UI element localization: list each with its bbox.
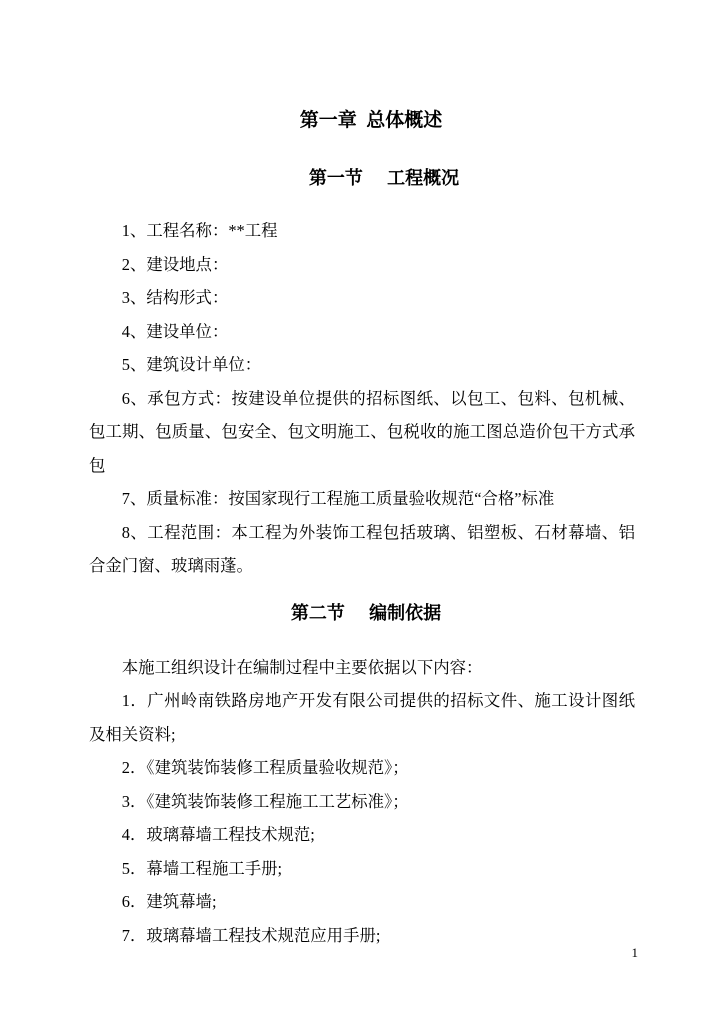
section1-item-6: 6、承包方式：按建设单位提供的招标图纸、以包工、包料、包机械、包工期、包质量、包… [89, 382, 635, 483]
section1-item-3: 3、结构形式： [89, 281, 635, 315]
section2-item-1: 1．广州岭南铁路房地产开发有限公司提供的招标文件、施工设计图纸及相关资料; [89, 684, 635, 751]
document-page: 第一章 总体概述 第一节 工程概况 1、工程名称：**工程 2、建设地点： 3、… [0, 0, 724, 1024]
section1-item-8: 8、工程范围：本工程为外装饰工程包括玻璃、铝塑板、石材幕墙、铝合金门窗、玻璃雨蓬… [89, 516, 635, 583]
section1-item-4: 4、建设单位： [89, 315, 635, 349]
page-number: 1 [632, 944, 639, 962]
section2-body: 本施工组织设计在编制过程中主要依据以下内容： 1．广州岭南铁路房地产开发有限公司… [89, 651, 635, 953]
section2-item-7: 7．玻璃幕墙工程技术规范应用手册; [89, 919, 635, 953]
section2-item-2: 2．《建筑装饰装修工程质量验收规范》； [89, 751, 635, 785]
section2-item-6: 6．建筑幕墙; [89, 885, 635, 919]
section1-item-5: 5、建筑设计单位： [89, 348, 635, 382]
section2-item-5: 5．幕墙工程施工手册; [89, 852, 635, 886]
section1-item-1: 1、工程名称：**工程 [89, 214, 635, 248]
section2-title: 第二节 编制依据 [93, 600, 639, 627]
section2-item-4: 4．玻璃幕墙工程技术规范; [89, 818, 635, 852]
section1-title: 第一节 工程概况 [111, 165, 657, 192]
chapter-title: 第一章 总体概述 [98, 0, 644, 134]
section2-item-3: 3．《建筑装饰装修工程施工工艺标准》； [89, 785, 635, 819]
section1-body: 1、工程名称：**工程 2、建设地点： 3、结构形式： 4、建设单位： 5、建筑… [89, 214, 635, 583]
section2-intro: 本施工组织设计在编制过程中主要依据以下内容： [89, 651, 635, 685]
section1-item-2: 2、建设地点： [89, 248, 635, 282]
section1-item-7: 7、质量标准：按国家现行工程施工质量验收规范“合格”标准 [89, 482, 635, 516]
